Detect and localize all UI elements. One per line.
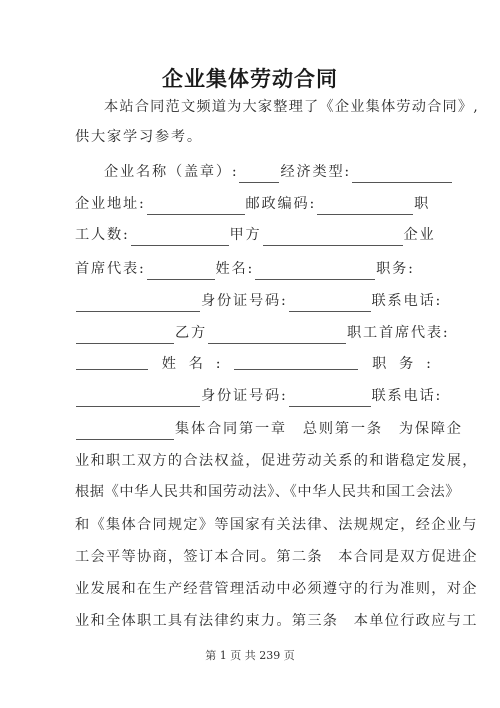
company-name-label: 企业名称（盖章）:: [104, 164, 238, 180]
document-title: 企业集体劳动合同: [0, 63, 500, 93]
company-rep-phone-blank: [76, 327, 174, 344]
form-line-employee-count: 工人数:甲方企业: [75, 224, 431, 246]
form-line-employee-rep: 姓 名 : 职 务 :: [75, 353, 431, 375]
company-rep-id-blank: [289, 295, 371, 312]
address-blank: [147, 198, 245, 215]
employee-rep-phone-blank: [76, 423, 174, 440]
address-label: 企业地址:: [75, 196, 146, 212]
body-line-5: 工会平等协商，签订本合同。第二条 本合同是双方促进企: [75, 546, 431, 568]
employee-count-label-part2: 工人数:: [75, 227, 130, 243]
form-line-company-name: 企业名称（盖章）:经济类型:: [75, 161, 431, 183]
economic-type-blank: [352, 166, 452, 183]
economic-type-label: 经济类型:: [280, 164, 351, 180]
phone-label-2: 联系电话:: [372, 388, 443, 404]
postal-code-blank: [317, 198, 413, 215]
party-a-label: 甲方: [230, 227, 262, 243]
employee-rep-name-blank: [234, 353, 358, 370]
body-line-7: 业和全体职工具有法律约束力。第三条 本单位行政应与工: [75, 610, 431, 632]
document-page: 企业集体劳动合同 本站合同范文频道为大家整理了《企业集体劳动合同》, 供大家学习…: [0, 0, 500, 708]
form-line-rep-id: 身份证号码:联系电话:: [75, 290, 431, 312]
employee-rep-blank: [76, 353, 148, 370]
id-number-label: 身份证号码:: [201, 293, 288, 309]
form-line-employee-rep-id: 身份证号码:联系电话:: [75, 385, 431, 407]
company-rep-name-blank: [255, 263, 375, 280]
company-rep-blank: [147, 263, 215, 280]
body-line-6: 业发展和在生产经营管理活动中必须遵守的行为准则，对企: [75, 578, 431, 600]
party-b-label: 乙方: [175, 325, 207, 341]
form-line-address: 企业地址:邮政编码:职: [75, 193, 431, 215]
body-line-3: 根据《中华人民共和国劳动法》、《中华人民共和国工会法》: [75, 481, 431, 503]
employee-rep-position-label-1: 职: [372, 353, 386, 375]
party-a-blank: [263, 229, 403, 246]
employee-rep-position-blank: [76, 390, 200, 407]
name-label: 姓名:: [216, 261, 255, 277]
phone-label: 联系电话:: [372, 293, 443, 309]
company-name-blank: [239, 166, 279, 183]
company-rep-label-part2: 首席代表:: [75, 261, 146, 277]
body-line-4: 和《集体合同规定》等国家有关法律、法规规定，经企业与: [75, 514, 431, 536]
page-number-footer: 第 1 页 共 239 页: [0, 647, 500, 663]
employee-rep-label: 职工首席代表:: [347, 325, 450, 341]
party-b-blank: [208, 327, 346, 344]
employee-count-blank: [131, 229, 229, 246]
company-rep-position-blank: [76, 295, 200, 312]
body-text-1: 集体合同第一章 总则第一条 为保障企: [175, 421, 463, 437]
body-line-1: 集体合同第一章 总则第一条 为保障企: [75, 418, 431, 440]
employee-rep-name-label-3: :: [216, 353, 221, 375]
employee-rep-position-label-3: :: [426, 353, 431, 375]
position-label: 职务:: [376, 261, 415, 277]
employee-rep-id-blank: [289, 390, 371, 407]
company-rep-label-part1: 企业: [404, 227, 436, 243]
id-number-label-2: 身份证号码:: [201, 388, 288, 404]
form-line-party-b: 乙方职工首席代表:: [75, 322, 431, 344]
body-line-2: 业和职工双方的合法权益，促进劳动关系的和谐稳定发展，: [75, 450, 431, 472]
intro-line-2: 供大家学习参考。: [75, 126, 431, 148]
employee-rep-name-label-2: 名: [189, 353, 203, 375]
form-line-company-rep: 首席代表:姓名:职务:: [75, 258, 431, 280]
intro-line-1: 本站合同范文频道为大家整理了《企业集体劳动合同》,: [75, 96, 431, 118]
postal-code-label: 邮政编码:: [246, 196, 317, 212]
employee-rep-position-label-2: 务: [399, 353, 413, 375]
employee-count-label-part1: 职: [414, 196, 430, 212]
employee-rep-name-label-1: 姓: [162, 353, 176, 375]
